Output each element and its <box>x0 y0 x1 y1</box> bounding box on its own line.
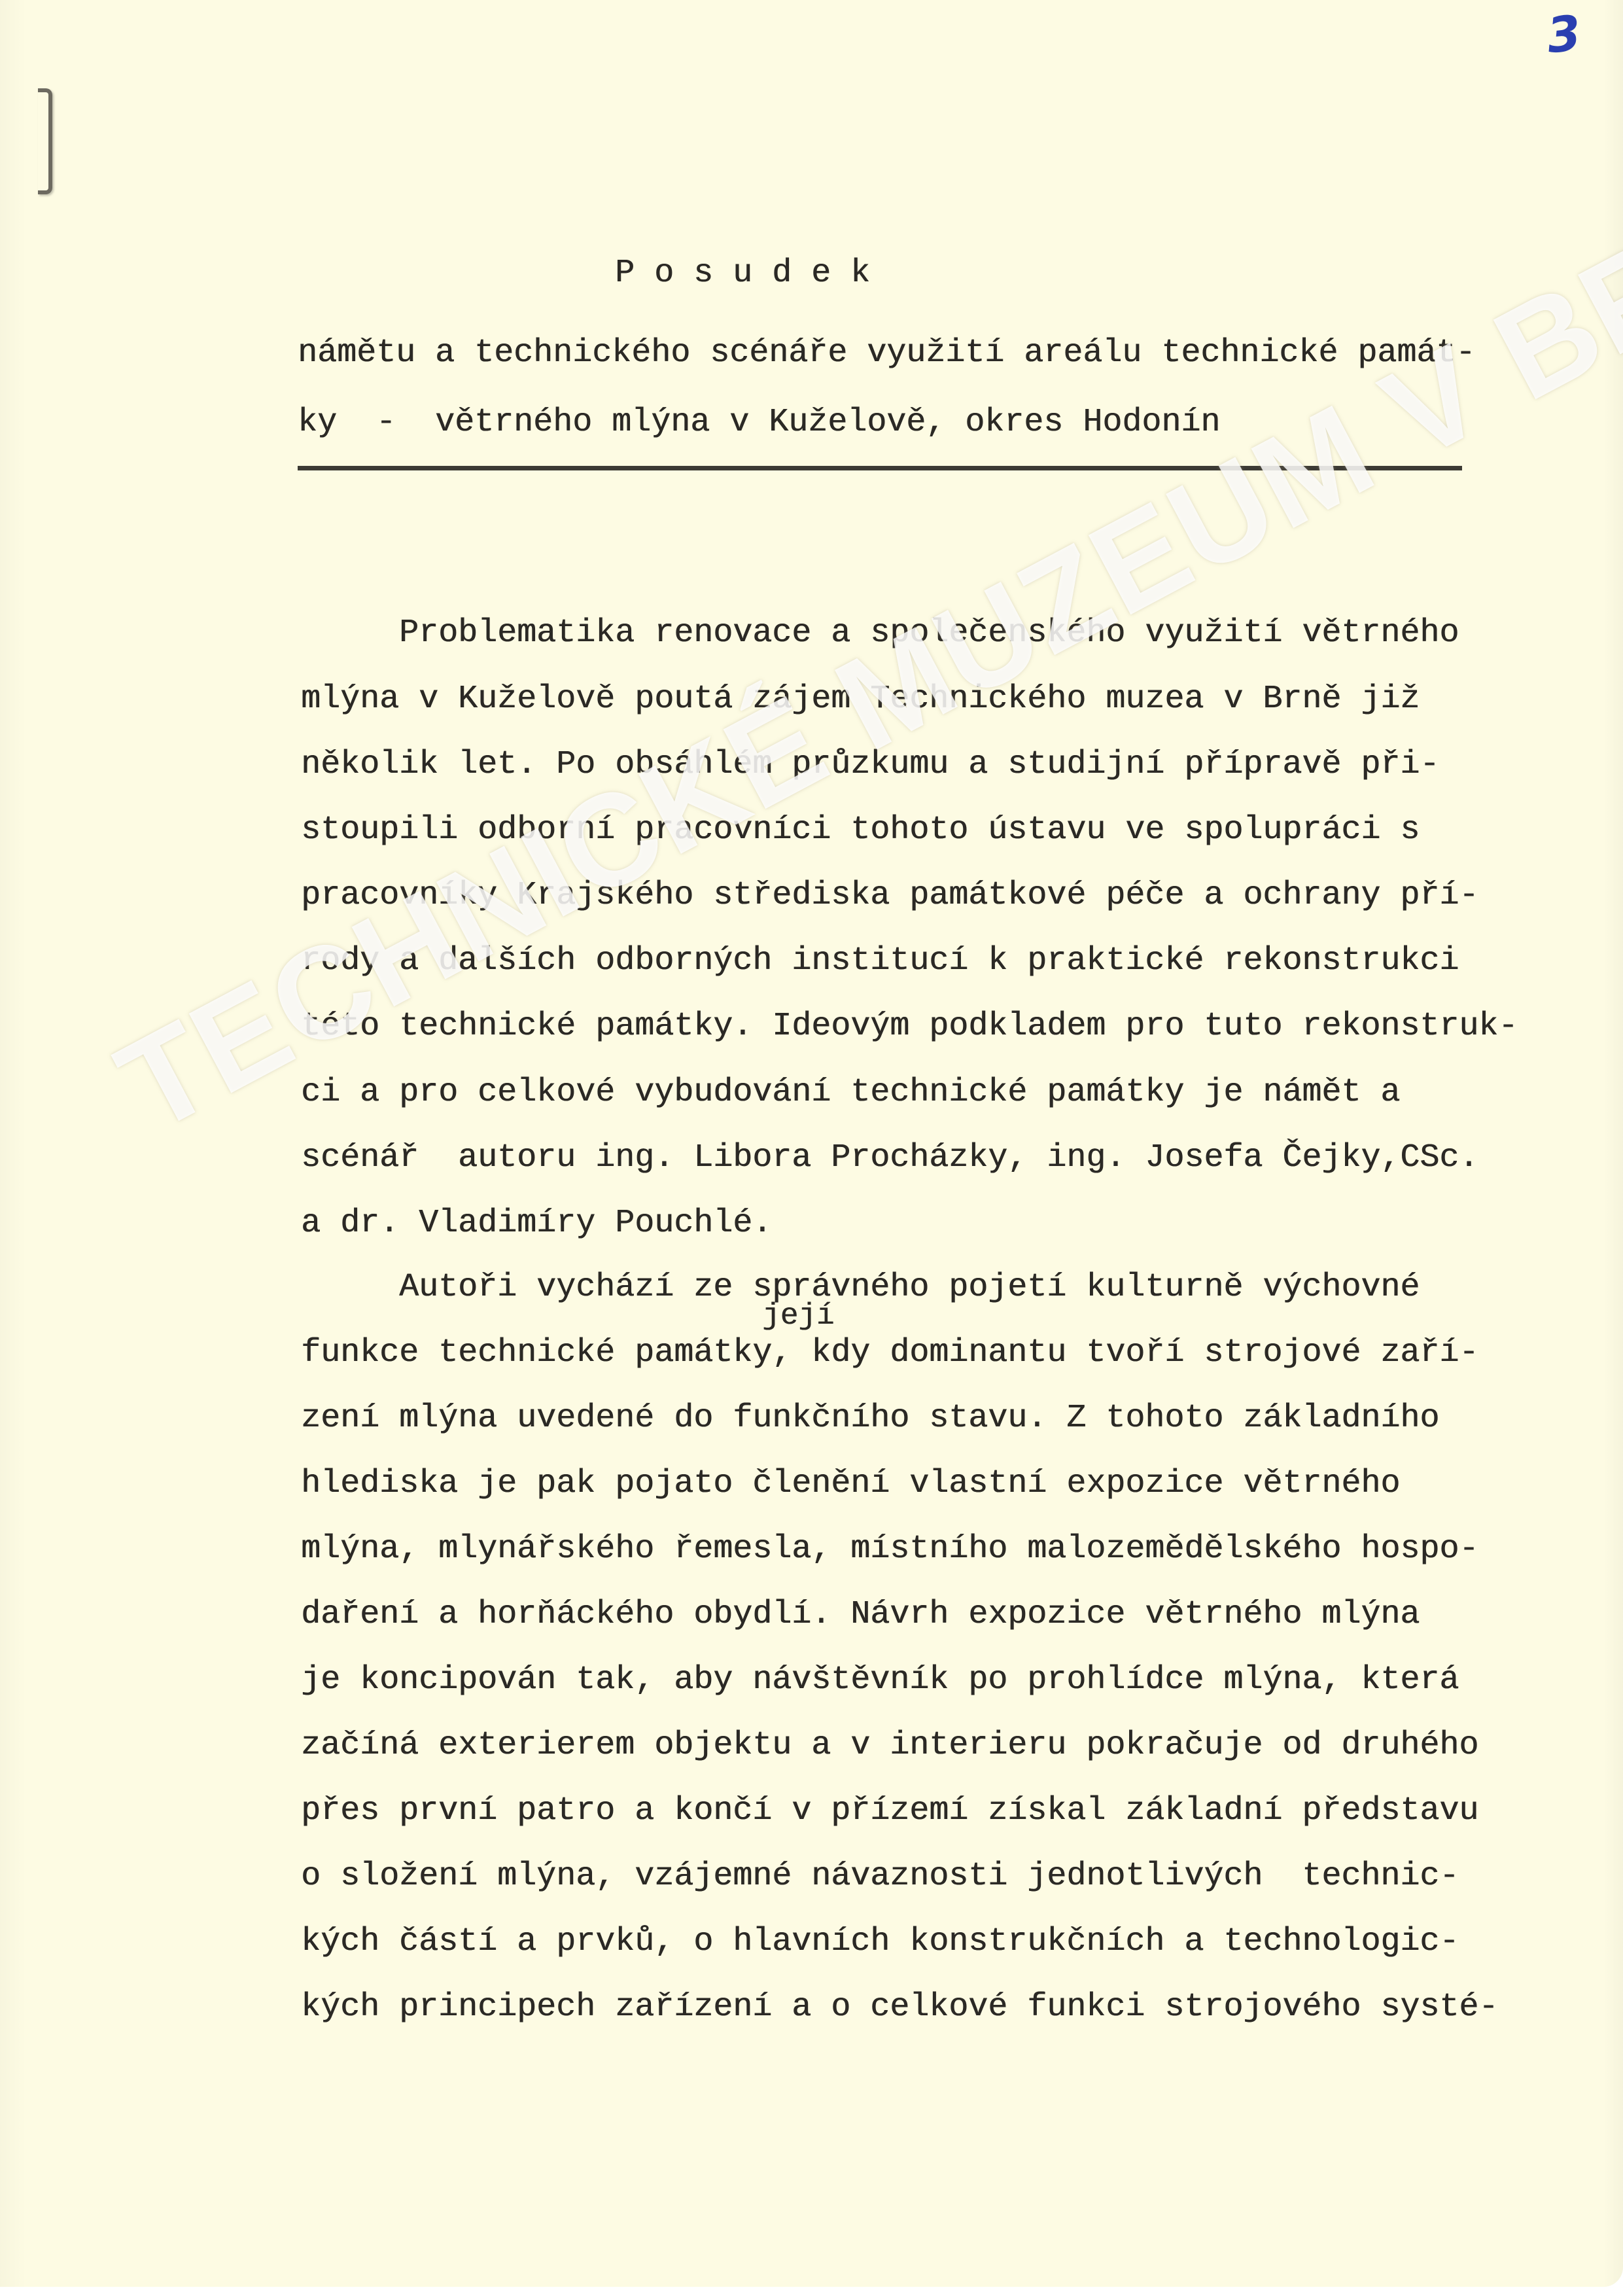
body-line: funkce technické památky, kdy dominantu … <box>301 1337 1478 1369</box>
body-line: a dr. Vladimíry Pouchlé. <box>301 1207 772 1240</box>
body-line: stoupili odborní pracovníci tohoto ústav… <box>301 814 1420 847</box>
body-line: daření a horňáckého obydlí. Návrh expozi… <box>301 1598 1420 1631</box>
body-line: mlýna v Kuželově poutá zájem Technického… <box>301 683 1420 716</box>
body-line: rody a dalších odborných institucí k pra… <box>301 945 1459 978</box>
body-line: několik let. Po obsáhlém průzkumu a stud… <box>301 749 1439 781</box>
title-underline <box>298 466 1462 470</box>
body-line: zení mlýna uvedené do funkčního stavu. Z… <box>301 1402 1439 1435</box>
body-line: mlýna, mlynářského řemesla, místního mal… <box>301 1533 1478 1566</box>
subtitle-line: ky - větrného mlýna v Kuželově, okres Ho… <box>298 406 1220 439</box>
body-line: kých částí a prvků, o hlavních konstrukč… <box>301 1926 1459 1958</box>
document-title: P o s u d e k <box>615 257 870 290</box>
document-page: 3 P o s u d e k námětu a technického scé… <box>0 0 1623 2287</box>
interlinear-insert: její <box>762 1301 834 1331</box>
body-line: hlediska je pak pojato členění vlastní e… <box>301 1468 1400 1500</box>
body-line: Autoři vychází ze správného pojetí kultu… <box>301 1271 1420 1304</box>
body-line: začíná exterierem objektu a v interieru … <box>301 1729 1478 1762</box>
body-line: ci a pro celkové vybudování technické pa… <box>301 1076 1400 1109</box>
body-line: scénář autoru ing. Libora Procházky, ing… <box>301 1142 1478 1174</box>
body-line: je koncipován tak, aby návštěvník po pro… <box>301 1664 1459 1697</box>
body-line: kých principech zařízení a o celkové fun… <box>301 1991 1498 2024</box>
body-line: přes první patro a končí v přízemí získa… <box>301 1795 1478 1828</box>
paper-clip-icon <box>38 88 52 194</box>
handwritten-page-number: 3 <box>1544 5 1584 65</box>
body-line: Problematika renovace a společenského vy… <box>301 617 1459 650</box>
body-line: pracovníky Krajského střediska památkové… <box>301 879 1478 912</box>
subtitle-line: námětu a technického scénáře využití are… <box>298 337 1475 370</box>
body-line: o složení mlýna, vzájemné návaznosti jed… <box>301 1860 1459 1893</box>
body-line: této technické památky. Ideovým podklade… <box>301 1010 1518 1043</box>
